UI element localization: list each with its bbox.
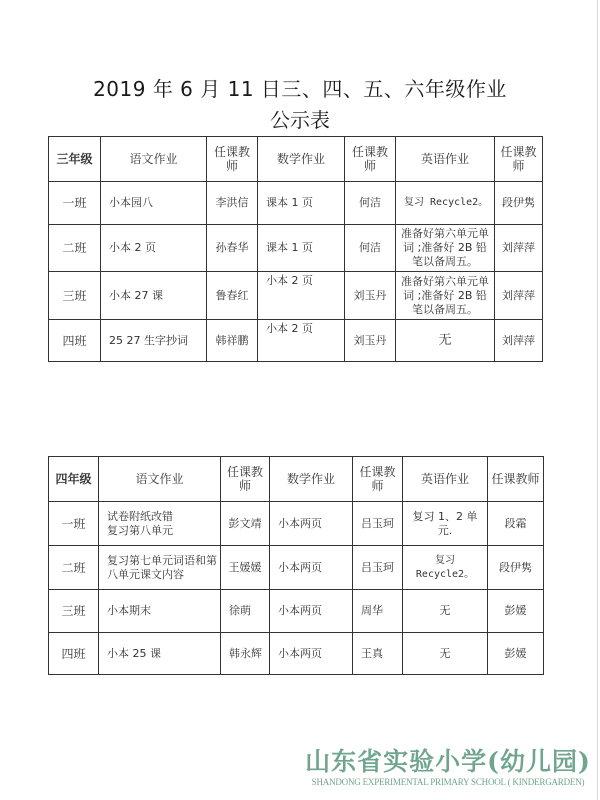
class-name: 一班 <box>49 182 101 225</box>
english-homework: 准备好第六单元单词 ;准备好 2B 铅笔以备周五。 <box>396 225 495 272</box>
english-teacher: 刘萍萍 <box>495 320 543 362</box>
class-name: 二班 <box>49 225 101 272</box>
chinese-teacher: 鲁春红 <box>207 272 258 320</box>
header-teacher: 任课教师 <box>488 457 544 502</box>
chinese-teacher: 孙春华 <box>207 225 258 272</box>
english-homework: 准备好第六单元单词 ;准备好 2B 铅笔以备周五。 <box>396 272 495 320</box>
class-name: 四班 <box>49 633 99 675</box>
english-teacher: 段霜 <box>488 502 544 546</box>
english-homework: 无 <box>403 633 488 675</box>
header-teacher: 任课教师 <box>353 457 403 502</box>
class-name: 二班 <box>49 546 99 590</box>
english-homework: 无 <box>396 320 495 362</box>
header-english: 英语作业 <box>403 457 488 502</box>
english-teacher: 彭媛 <box>488 633 544 675</box>
math-teacher: 周华 <box>353 590 403 633</box>
document-title: 2019 年 6 月 11 日三、四、五、六年级作业 <box>0 73 600 102</box>
math-teacher: 吕玉珂 <box>353 546 403 590</box>
math-homework: 小本 2 页 <box>258 320 345 362</box>
math-teacher: 王真 <box>353 633 403 675</box>
homework-table-grade3: 三年级 语文作业 任课教师 数学作业 任课教师 英语作业 任课教师 一班 小本园… <box>48 136 543 362</box>
chinese-homework: 小本 25 课 <box>99 633 221 675</box>
school-logo: 山东省实验小学(幼儿园) SHANDONG EXPERIMENTAL PRIMA… <box>300 748 596 788</box>
chinese-teacher: 彭文靖 <box>221 502 270 546</box>
header-math: 数学作业 <box>270 457 353 502</box>
math-homework: 小本两页 <box>270 546 353 590</box>
math-teacher: 刘玉丹 <box>345 272 396 320</box>
chinese-homework: 小本期末 <box>99 590 221 633</box>
math-homework: 小本两页 <box>270 633 353 675</box>
school-name-chinese: 山东省实验小学(幼儿园) <box>300 748 596 776</box>
math-homework: 课本 1 页 <box>258 182 345 225</box>
header-math: 数学作业 <box>258 137 345 182</box>
math-homework: 小本两页 <box>270 502 353 546</box>
table-row: 一班 试卷附纸改错 复习第八单元 彭文靖 小本两页 吕玉珂 复习 1、2 单元.… <box>49 502 544 546</box>
english-homework: 复习 Recycle2。 <box>396 182 495 225</box>
table-row: 一班 小本园八 李洪信 课本 1 页 何洁 复习 Recycle2。 段伊隽 <box>49 182 543 225</box>
math-homework: 小本两页 <box>270 590 353 633</box>
header-chinese: 语文作业 <box>101 137 207 182</box>
chinese-teacher: 韩永辉 <box>221 633 270 675</box>
class-name: 三班 <box>49 590 99 633</box>
math-teacher: 吕玉珂 <box>353 502 403 546</box>
header-teacher: 任课教师 <box>495 137 543 182</box>
english-homework: 复习 1、2 单元. <box>403 502 488 546</box>
english-homework: 无 <box>403 590 488 633</box>
class-name: 三班 <box>49 272 101 320</box>
chinese-homework: 25 27 生字抄词 <box>101 320 207 362</box>
document-subtitle: 公示表 <box>0 104 600 133</box>
chinese-homework: 小本 27 课 <box>101 272 207 320</box>
math-homework: 课本 1 页 <box>258 225 345 272</box>
header-teacher: 任课教师 <box>207 137 258 182</box>
english-teacher: 段伊隽 <box>495 182 543 225</box>
school-name-english: SHANDONG EXPERIMENTAL PRIMARY SCHOOL ( K… <box>300 776 596 788</box>
table-row: 四班 小本 25 课 韩永辉 小本两页 王真 无 彭媛 <box>49 633 544 675</box>
table-row: 四班 25 27 生字抄词 韩祥鹏 小本 2 页 刘玉丹 无 刘萍萍 <box>49 320 543 362</box>
english-teacher: 彭媛 <box>488 590 544 633</box>
header-english: 英语作业 <box>396 137 495 182</box>
math-homework: 小本 2 页 <box>258 272 345 320</box>
chinese-teacher: 李洪信 <box>207 182 258 225</box>
class-name: 四班 <box>49 320 101 362</box>
table-row: 三班 小本期末 徐萌 小本两页 周华 无 彭媛 <box>49 590 544 633</box>
homework-table-grade4: 四年级 语文作业 任课教师 数学作业 任课教师 英语作业 任课教师 一班 试卷附… <box>48 456 544 675</box>
table-row: 二班 复习第七单元词语和第八单元课文内容 王媛媛 小本两页 吕玉珂 复习 Rec… <box>49 546 544 590</box>
chinese-teacher: 韩祥鹏 <box>207 320 258 362</box>
chinese-homework: 试卷附纸改错 复习第八单元 <box>99 502 221 546</box>
math-teacher: 何洁 <box>345 225 396 272</box>
table-header-row: 四年级 语文作业 任课教师 数学作业 任课教师 英语作业 任课教师 <box>49 457 544 502</box>
grade-label: 四年级 <box>49 457 99 502</box>
chinese-homework: 小本 2 页 <box>101 225 207 272</box>
english-homework: 复习 Recycle2。 <box>403 546 488 590</box>
chinese-homework: 小本园八 <box>101 182 207 225</box>
chinese-homework: 复习第七单元词语和第八单元课文内容 <box>99 546 221 590</box>
chinese-teacher: 王媛媛 <box>221 546 270 590</box>
header-teacher: 任课教师 <box>345 137 396 182</box>
class-name: 一班 <box>49 502 99 546</box>
english-teacher: 刘萍萍 <box>495 225 543 272</box>
header-chinese: 语文作业 <box>99 457 221 502</box>
english-teacher: 段伊隽 <box>488 546 544 590</box>
table-header-row: 三年级 语文作业 任课教师 数学作业 任课教师 英语作业 任课教师 <box>49 137 543 182</box>
math-teacher: 何洁 <box>345 182 396 225</box>
header-teacher: 任课教师 <box>221 457 270 502</box>
table-row: 三班 小本 27 课 鲁春红 小本 2 页 刘玉丹 准备好第六单元单词 ;准备好… <box>49 272 543 320</box>
grade-label: 三年级 <box>49 137 101 182</box>
chinese-teacher: 徐萌 <box>221 590 270 633</box>
math-teacher: 刘玉丹 <box>345 320 396 362</box>
table-row: 二班 小本 2 页 孙春华 课本 1 页 何洁 准备好第六单元单词 ;准备好 2… <box>49 225 543 272</box>
english-teacher: 刘萍萍 <box>495 272 543 320</box>
